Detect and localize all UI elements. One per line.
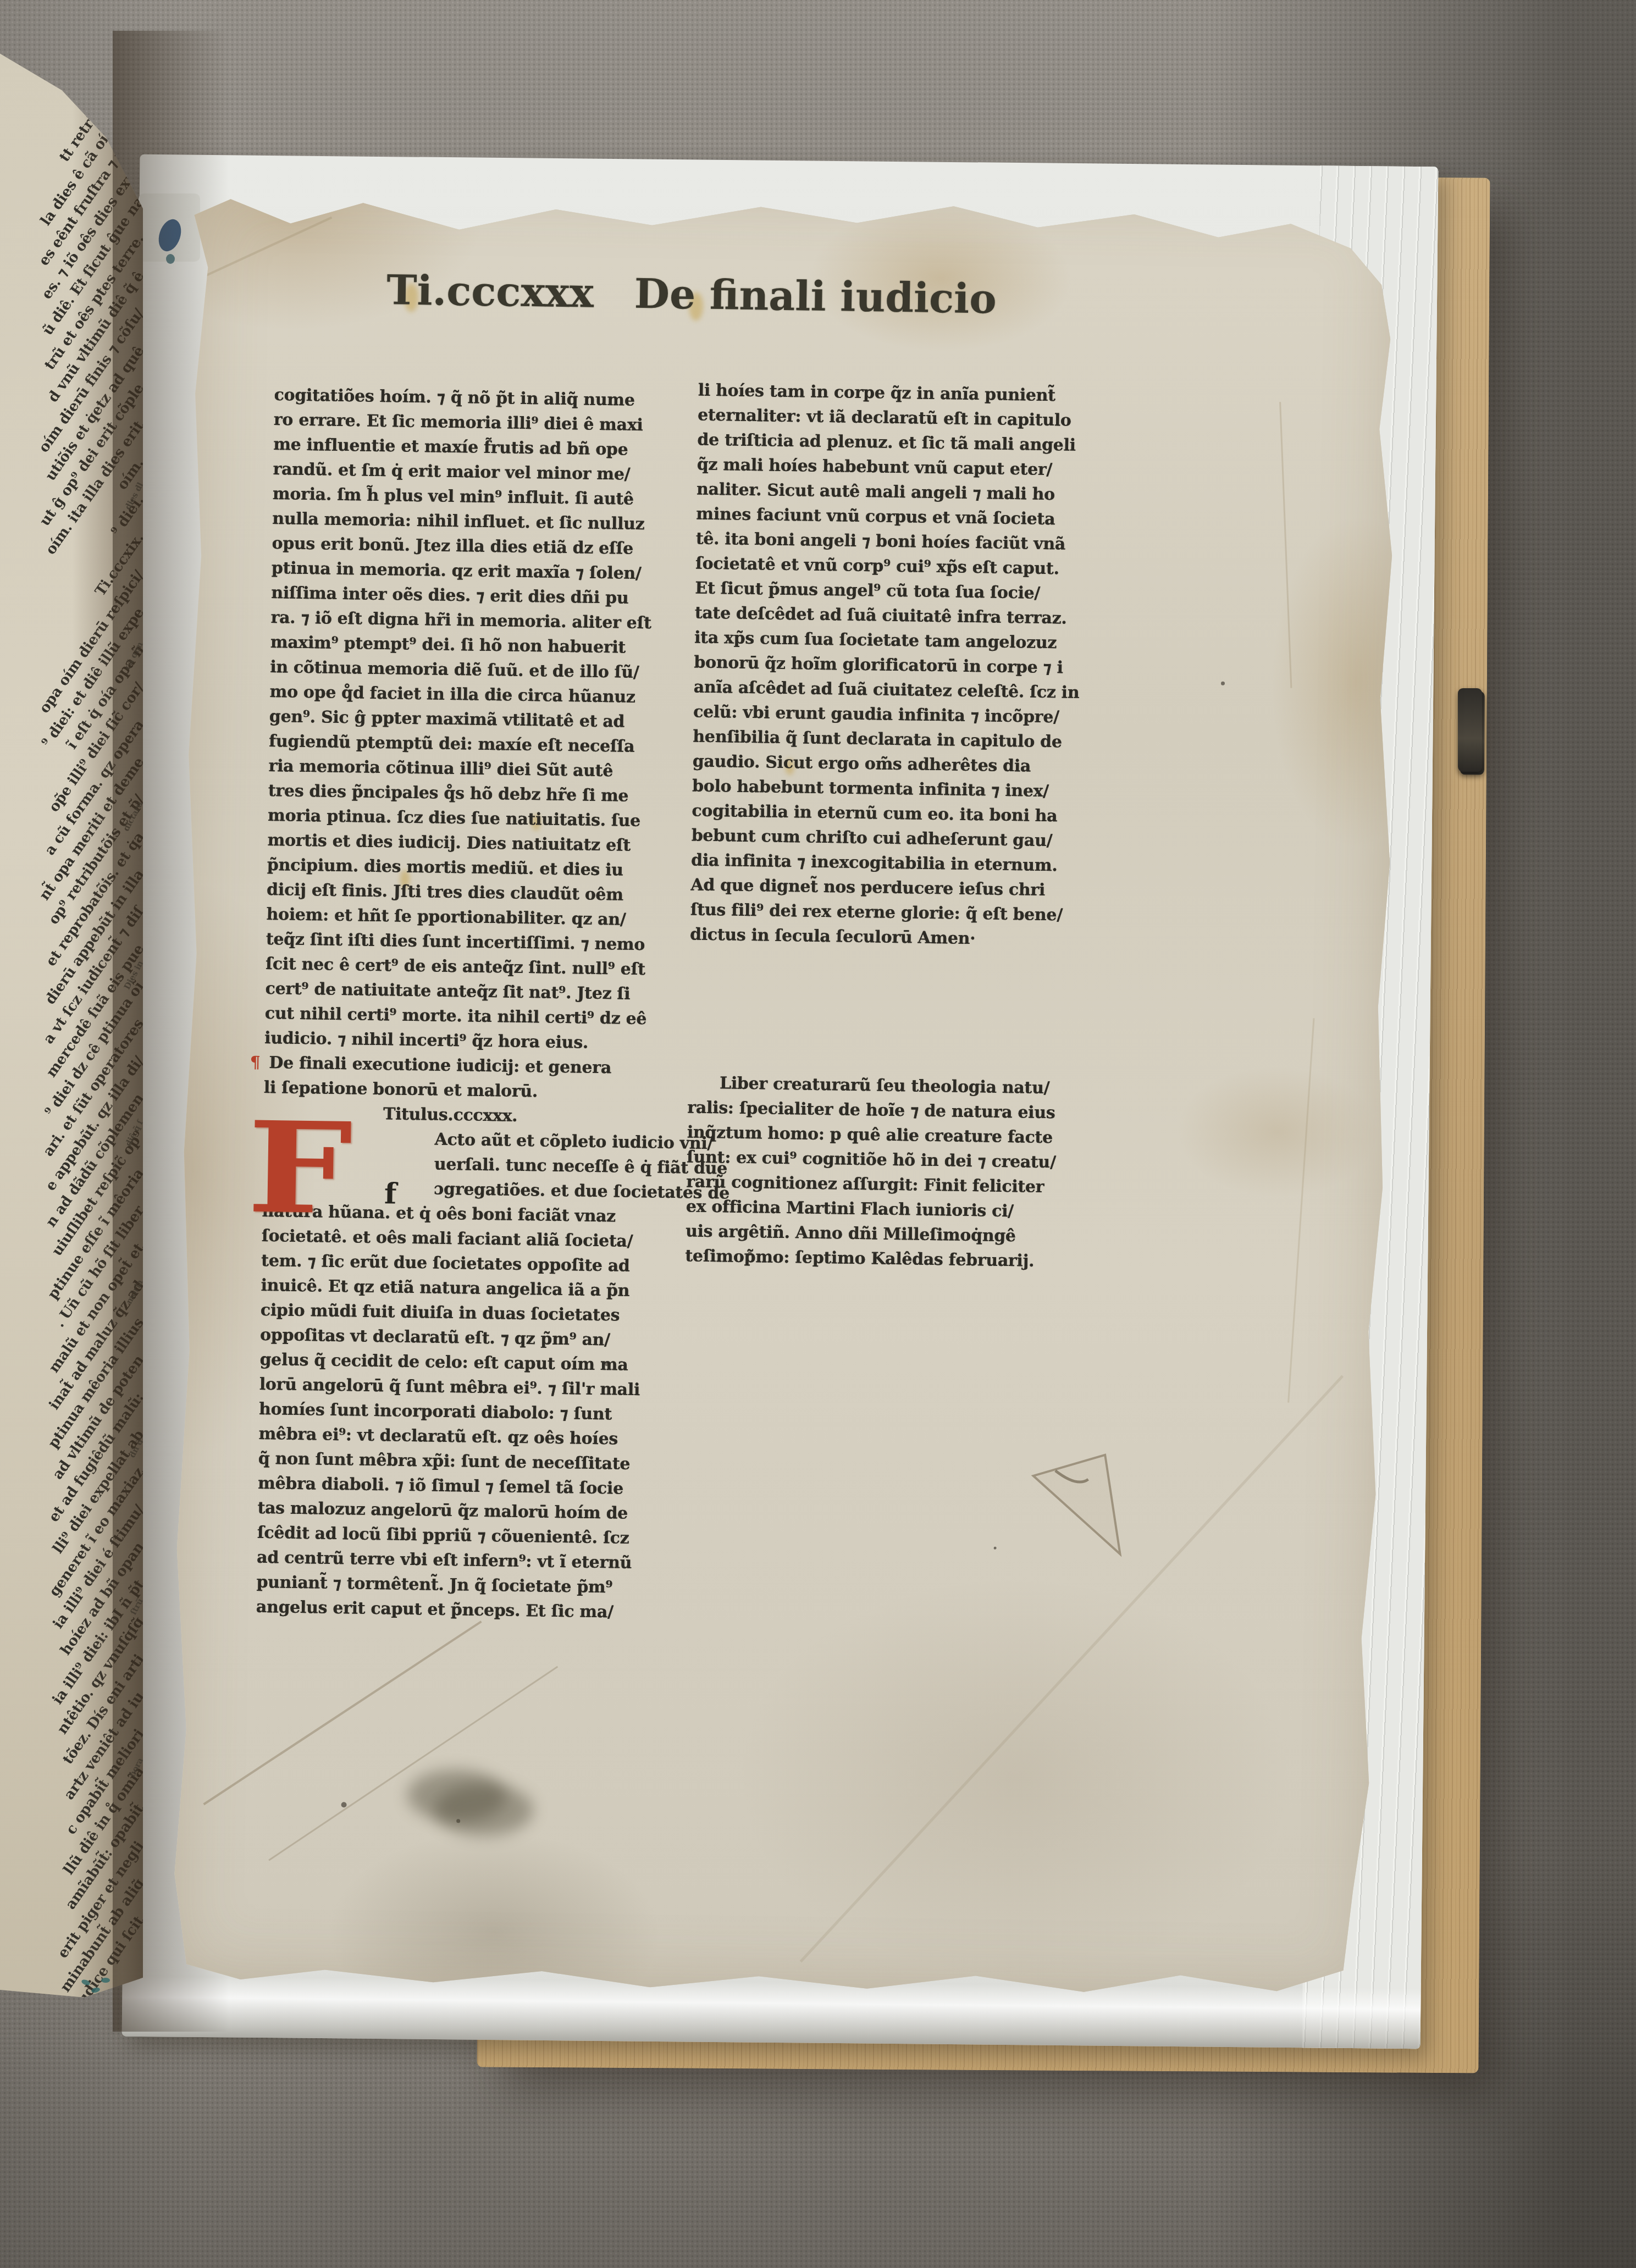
text-column-2: li hoíes tam in corpe q̃z in anĩa punien… (685, 378, 1116, 1275)
text-column-1: cogitatiões hoím. ⁊ q̃ nõ p̃t in aliq̃ n… (256, 383, 692, 1625)
teal-thread (101, 1978, 110, 1983)
sliver-fragment-line: ſtrũ (114, 1589, 143, 1748)
column1-continued: natura hũana. et q̇ oês boni faciãt vnaz… (256, 1199, 680, 1625)
red-lombard-initial: F (246, 1115, 353, 1223)
ink-speck (605, 1362, 609, 1366)
initial-paragraph: F f Acto aũt et cõpleto iudicio vni/uerſ… (262, 1125, 681, 1205)
sliver-fragment-line: cã oím (114, 632, 143, 792)
sliver-fragment-line: Dies in (114, 951, 143, 1110)
ink-speck (748, 1252, 751, 1255)
ink-speck (994, 1547, 997, 1550)
title-text: De finali iudicio (634, 270, 997, 323)
red-paragraph-mark: ¶ (250, 1053, 260, 1072)
photo-of-incunabulum-page: tt retributõez ſuãla dies ê cã oím dierũ… (0, 0, 1636, 2268)
parchment-page: Ti.cccxxxDe finali iudicio cogitatiões h… (168, 177, 1400, 2000)
rubric-text: De finali executione iudicij: et genera (269, 1053, 611, 1077)
sliver-fragment-line: dñ q̃ (114, 1429, 143, 1589)
guide-letter: f (384, 1177, 397, 1210)
sliver-fragment-line: dictarū (114, 792, 143, 951)
ink-speck (341, 1802, 347, 1807)
paper-rolled-bottom-edge (122, 1976, 1421, 2049)
page-title: Ti.cccxxxDe finali iudicio (386, 267, 997, 323)
sliver-fragment-line: hora (114, 1748, 143, 1902)
title-number: Ti.cccxxx (386, 267, 594, 317)
bottom-left-smudge (434, 1784, 533, 1836)
blue-ink-dot (166, 254, 175, 264)
title-gap (594, 307, 634, 308)
colophon-paragraph: Liber creaturarũ ſeu theologia natu/rali… (685, 1070, 1106, 1274)
ink-speck (1221, 682, 1225, 685)
sliver-fragment-line: dies dl (114, 473, 143, 632)
column2-paragraph: li hoíes tam in corpe q̃z in anĩa punien… (690, 378, 1116, 953)
sliver-fragment-line: diê q̃ ſ (114, 1110, 143, 1270)
clasp-remnant (1458, 688, 1482, 772)
sliver-fragment-line: mõria (114, 1270, 143, 1429)
deeper-page-sliver: dies dlcã oímdictarūDies indiê q̃ ſmõria… (114, 473, 143, 1902)
column1-paragraph: cogitatiões hoím. ⁊ q̃ nõ p̃t in aliq̃ n… (264, 383, 692, 1056)
